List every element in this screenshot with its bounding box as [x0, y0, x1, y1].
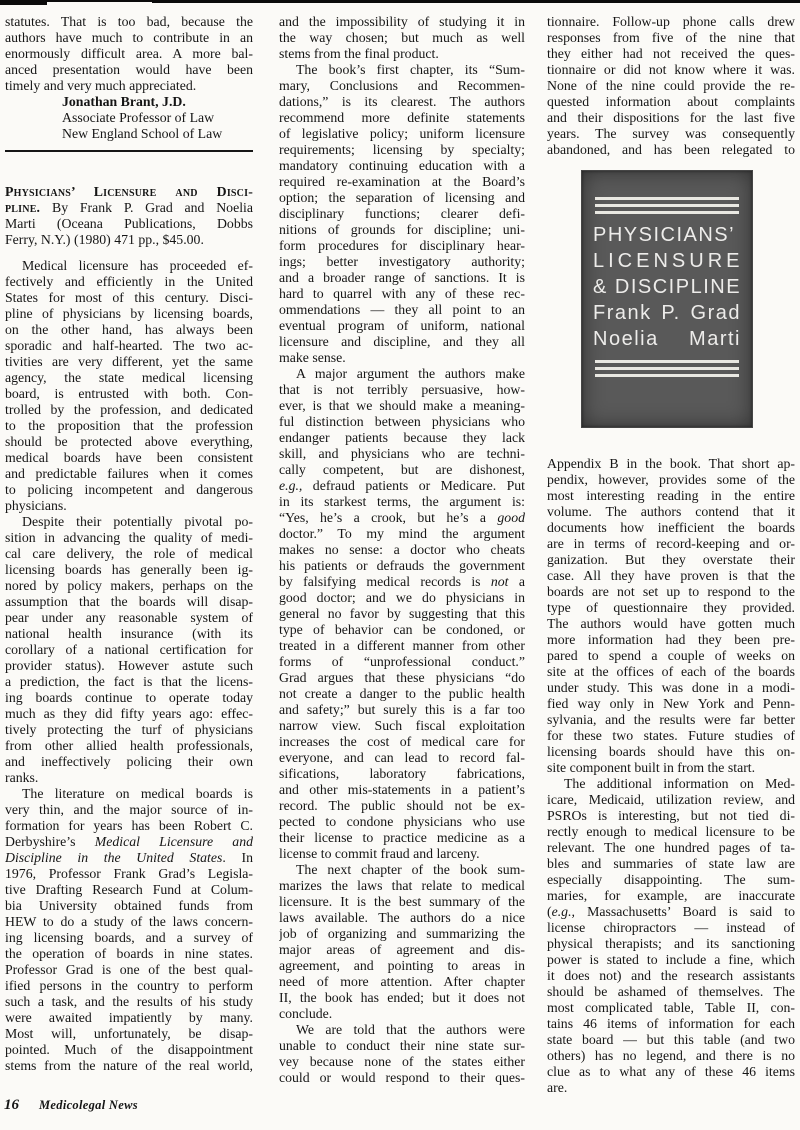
text-line: stems from the final product.: [279, 46, 525, 62]
text-line: HEW to do a study of the laws concern-: [5, 914, 253, 930]
text-line: makes no sense: a doctor who cheats: [279, 542, 525, 558]
text-line: ings; better investigatory authority;: [279, 254, 525, 270]
text-line: should be ashamed of themselves. The: [547, 984, 795, 1000]
text-line: it does not) and the research assistants: [547, 968, 795, 984]
text-line: were awaited impatiently by many.: [5, 1010, 253, 1026]
text-line: license to commit fraud and larceny.: [279, 846, 525, 862]
text-line: The authors would have gotten much: [547, 616, 795, 632]
text-line: medical boards have been consistent: [5, 450, 253, 466]
text-line: to policing incompetent and dangerous: [5, 482, 253, 498]
cover-top-rules: [593, 197, 741, 214]
text-line: that is not terribly persuasive, how-: [279, 382, 525, 398]
text-line: pendix, however, provides some of the: [547, 472, 795, 488]
text-line: their license to practice medicine as a: [279, 830, 525, 846]
text-line: timely and very much appreciated.: [5, 78, 253, 94]
text-line: and ineffectively policing their own: [5, 754, 253, 770]
text-line: documents how inefficient the boards: [547, 520, 795, 536]
text-line: disciplinary functions; clearer defi-: [279, 206, 525, 222]
text-line: Jonathan Brant, J.D.: [5, 94, 253, 110]
scan-artifact-top-bar: [0, 0, 47, 5]
text-line: and the impossibility of studying it in: [279, 14, 525, 30]
cover-title-line: LICENSURE: [593, 248, 741, 274]
text-line: tains 46 items of information for each: [547, 1016, 795, 1032]
right-column-bottom-text: Appendix B in the book. That short ap-pe…: [547, 456, 795, 1096]
text-line: requirements; licensing by specialty;: [279, 142, 525, 158]
text-line: pear under any reasonable system of: [5, 610, 253, 626]
text-line: quested information about complaints: [547, 94, 795, 110]
text-line: mary, Conclusions and Recommen-: [279, 78, 525, 94]
text-line: not create a danger to the public health: [279, 686, 525, 702]
text-line: pointed. Much of the disappointment: [5, 1042, 253, 1058]
cover-title-line: PHYSICIANS’: [593, 222, 741, 248]
paragraph: Medical licensure has proceeded ef-fecti…: [5, 258, 253, 514]
paragraph: Despite their potentially pivotal po-sit…: [5, 514, 253, 786]
text-line: e.g., defraud patients or Medicare. Put: [279, 478, 525, 494]
text-line: responses from five of the nine that: [547, 30, 795, 46]
text-line: tive Drafting Research Fund at Colum-: [5, 882, 253, 898]
text-line: licensure and discipline, and they all: [279, 334, 525, 350]
text-line: A major argument the authors make: [279, 366, 525, 382]
text-line: ommendations — they all point to an: [279, 302, 525, 318]
text-line: PSROs is interesting, but not tied di-: [547, 808, 795, 824]
middle-column: and the impossibility of studying it int…: [279, 14, 525, 1086]
text-line: option; the separation of licensing and: [279, 190, 525, 206]
scan-artifact-top-bar: [47, 0, 152, 2]
text-line: could or would respond to their ques-: [279, 1070, 525, 1086]
text-line: Marti (Oceana Publications, Dobbs: [5, 216, 253, 232]
text-line: by falsifying medical records is not a: [279, 574, 525, 590]
text-line: to the proposition that the profession: [5, 418, 253, 434]
paragraph-continuation: statutes. That is too bad, because theau…: [5, 14, 253, 94]
text-line: agreement, and pointing to areas in: [279, 958, 525, 974]
text-line: ful distinction between physicians who: [279, 414, 525, 430]
text-line: corollary of a national certification fo…: [5, 642, 253, 658]
text-line: recommend more definite statements: [279, 110, 525, 126]
cover-bottom-rules: [593, 360, 741, 377]
text-line: treated in a different manner from other: [279, 638, 525, 654]
text-line: ing licensing boards, and a survey of: [5, 930, 253, 946]
text-line: tively protecting the turf of physicians: [5, 722, 253, 738]
text-line: record. The public should not be ex-: [279, 798, 525, 814]
cover-rule-line: [595, 360, 739, 363]
text-line: statutes. That is too bad, because the: [5, 14, 253, 30]
paragraph: The book’s first chapter, its “Sum-mary,…: [279, 62, 525, 366]
book-review-heading: Physicians’ Licensure and Disci-pline. B…: [5, 184, 253, 248]
cover-rule-line: [595, 374, 739, 377]
text-line: doctor.” To my mind the argument: [279, 526, 525, 542]
text-line: Discipline in the United States. In: [5, 850, 253, 866]
text-line: tionnaire. Follow-up phone calls drew: [547, 14, 795, 30]
text-line: the way chosen; but much as well: [279, 30, 525, 46]
text-line: Ferry, N.Y.) (1980) 471 pp., $45.00.: [5, 232, 253, 248]
page-number: 16: [4, 1097, 19, 1114]
text-line: are in terms of record-keeping and or-: [547, 536, 795, 552]
text-line: Despite their potentially pivotal po-: [5, 514, 253, 530]
text-line: II, the book has ended; but it does not: [279, 990, 525, 1006]
text-line: assumption that the boards will disap-: [5, 594, 253, 610]
text-line: major areas of agreement and dis-: [279, 942, 525, 958]
text-line: 1976, Professor Frank Grad’s Legisla-: [5, 866, 253, 882]
text-line: licensing boards should have this on-: [547, 744, 795, 760]
cover-title-block: PHYSICIANS’ LICENSURE & DISCIPLINE Frank…: [593, 222, 741, 352]
text-line: from other allied health professionals,: [5, 738, 253, 754]
text-line: bia University obtained funds from: [5, 898, 253, 914]
text-line: most interesting reading in the entire: [547, 488, 795, 504]
text-line: The next chapter of the book sum-: [279, 862, 525, 878]
text-line: Professor Grad is one of the best qual-: [5, 962, 253, 978]
text-line: unable to conduct their nine state sur-: [279, 1038, 525, 1054]
text-line: anced presentation would have been: [5, 62, 253, 78]
paragraph: The literature on medical boards isvery …: [5, 786, 253, 1074]
text-line: are.: [547, 1080, 795, 1096]
text-line: volume. The authors contend that it: [547, 504, 795, 520]
paragraph: We are told that the authors wereunable …: [279, 1022, 525, 1086]
cover-rule-line: [595, 197, 739, 200]
text-line: state board — but this table (and two: [547, 1032, 795, 1048]
text-line: New England School of Law: [5, 126, 253, 142]
text-line: sition in advancing the quality of medi-: [5, 530, 253, 546]
paragraph-continuation: and the impossibility of studying it int…: [279, 14, 525, 62]
cover-title-line: & DISCIPLINE: [593, 274, 741, 300]
text-line: and a broader range of sanctions. It is: [279, 270, 525, 286]
text-line: icare, Medicaid, utilization review, and: [547, 792, 795, 808]
text-line: pected to condone physicians who use: [279, 814, 525, 830]
paragraph: A major argument the authors makethat is…: [279, 366, 525, 862]
text-line: under study. This was done in a modi-: [547, 680, 795, 696]
text-line: licensure. It is the best summary of the: [279, 894, 525, 910]
text-line: form procedures for disciplinary hear-: [279, 238, 525, 254]
text-line: cally competent, but are dishonest,: [279, 462, 525, 478]
text-line: they either had not received the ques-: [547, 46, 795, 62]
text-line: ing boards continue to operate today: [5, 690, 253, 706]
text-line: fectively and efficiently in the United: [5, 274, 253, 290]
text-line: conclude.: [279, 1006, 525, 1022]
text-line: dations,” is its clearest. The authors: [279, 94, 525, 110]
text-line: others) has no legend, and there is no: [547, 1048, 795, 1064]
text-line: his patients or defrauds the government: [279, 558, 525, 574]
text-line: physicians.: [5, 498, 253, 514]
scan-artifact-top-bar: [152, 0, 800, 3]
text-line: sifications, laboratory fabrications,: [279, 766, 525, 782]
text-line: marizes the laws that relate to medical: [279, 878, 525, 894]
text-line: Grad argues that these physicians “do: [279, 670, 525, 686]
text-line: eventual program of uniform, national: [279, 318, 525, 334]
text-line: ganization. But they overstate their: [547, 552, 795, 568]
text-line: tivities are very different, yet the sam…: [5, 354, 253, 370]
text-line: authors have much to contribute in an: [5, 30, 253, 46]
text-line: None of the nine could provide the re-: [547, 78, 795, 94]
text-line: enormously difficult area. A more bal-: [5, 46, 253, 62]
text-line: boards are not set up to respond to the: [547, 584, 795, 600]
text-line: the operation of boards in nine states.: [5, 946, 253, 962]
text-line: endanger patients because they lack: [279, 430, 525, 446]
text-line: We are told that the authors were: [279, 1022, 525, 1038]
text-line: and predictable failures when it comes: [5, 466, 253, 482]
text-line: States for most of this century. Disci-: [5, 290, 253, 306]
text-line: sporadic and half-hearted. The two ac-: [5, 338, 253, 354]
text-line: most complicated table, Table II, con-: [547, 1000, 795, 1016]
text-line: job of organizing and summarizing the: [279, 926, 525, 942]
text-line: more information had they been pre-: [547, 632, 795, 648]
book-cover-image: PHYSICIANS’ LICENSURE & DISCIPLINE Frank…: [581, 170, 753, 428]
text-line: licensing boards has generally been ig-: [5, 562, 253, 578]
text-line: pared to spend a couple of weeks on: [547, 648, 795, 664]
section-divider-rule: [5, 150, 253, 152]
text-line: nitions of grounds for discipline; uni-: [279, 222, 525, 238]
text-line: vey because none of the states either: [279, 1054, 525, 1070]
text-line: nored by policy makers, perhaps on the: [5, 578, 253, 594]
text-line: should be protected above everything,: [5, 434, 253, 450]
text-line: of legislative policy; uniform licensure: [279, 126, 525, 142]
text-line: ever, is that we should make a meaning-: [279, 398, 525, 414]
text-line: The book’s first chapter, its “Sum-: [279, 62, 525, 78]
text-line: especially disappointing. The sum-: [547, 872, 795, 888]
text-line: Physicians’ Licensure and Disci-: [5, 184, 253, 200]
text-line: site component built in from the start.: [547, 760, 795, 776]
text-line: Most will, unfortunately, be disap-: [5, 1026, 253, 1042]
text-line: everyone, and can lead to record fal-: [279, 750, 525, 766]
reviewer-signature: Jonathan Brant, J.D.Associate Professor …: [5, 94, 253, 142]
text-line: sylvania, and the results were far bette…: [547, 712, 795, 728]
text-line: on the other hand, has always been: [5, 322, 253, 338]
text-line: type of questionnaire they provided.: [547, 600, 795, 616]
text-line: and safety;” but surely this is a far to…: [279, 702, 525, 718]
text-line: bles and summaries of state law are: [547, 856, 795, 872]
text-line: maries, for example, are inaccurate: [547, 888, 795, 904]
text-line: “Yes, he’s a crook, but he’s a good: [279, 510, 525, 526]
text-line: forms of “unprofessional conduct.”: [279, 654, 525, 670]
three-column-text-area: statutes. That is too bad, because theau…: [5, 14, 795, 1096]
text-line: national health insurance (with its: [5, 626, 253, 642]
text-line: cal care delivery, the role of medical: [5, 546, 253, 562]
text-line: pline. By Frank P. Grad and Noelia: [5, 200, 253, 216]
text-line: power is stated to include a fine, which: [547, 952, 795, 968]
text-line: laws available. The authors do a nice: [279, 910, 525, 926]
text-line: Medical licensure has proceeded ef-: [5, 258, 253, 274]
text-line: make sense.: [279, 350, 525, 366]
text-line: much as they did fifty years ago: effec-: [5, 706, 253, 722]
text-line: required re-examination at the Board’s: [279, 174, 525, 190]
text-line: need of more attention. After chapter: [279, 974, 525, 990]
text-line: mandatory continuing education with a: [279, 158, 525, 174]
text-line: narrow view. Such fiscal exploitation: [279, 718, 525, 734]
text-line: site at the offices of each of the board…: [547, 664, 795, 680]
text-line: ified persons in the country to perform: [5, 978, 253, 994]
paragraph-continuation: tionnaire. Follow-up phone calls drewres…: [547, 14, 795, 158]
text-line: (e.g., Massachusetts’ Board is said to: [547, 904, 795, 920]
text-line: for these two states. Future studies of: [547, 728, 795, 744]
text-line: tionnaire or did not know where it was.: [547, 62, 795, 78]
text-line: board, is entrusted with both. Con-: [5, 386, 253, 402]
left-column: statutes. That is too bad, because theau…: [5, 14, 253, 1074]
text-line: abandoned, and has been relegated to: [547, 142, 795, 158]
right-column-top-text: tionnaire. Follow-up phone calls drewres…: [547, 14, 795, 158]
cover-author-line: Noelia Marti: [593, 326, 741, 352]
cover-rule-line: [595, 204, 739, 207]
text-line: clue as to what any of these 46 items: [547, 1064, 795, 1080]
text-line: increases the cost of medical care for: [279, 734, 525, 750]
text-line: such a task, and the results of his stud…: [5, 994, 253, 1010]
text-line: pline of physicians by licensing boards,: [5, 306, 253, 322]
scanned-journal-page: statutes. That is too bad, because theau…: [0, 0, 800, 1130]
text-line: very thin, and the major source of in-: [5, 802, 253, 818]
text-line: a prediction, the fact is that the licen…: [5, 674, 253, 690]
text-line: ranks.: [5, 770, 253, 786]
text-line: provider status). However astute such: [5, 658, 253, 674]
text-line: formation for years has been Robert C.: [5, 818, 253, 834]
cover-rule-line: [595, 211, 739, 214]
text-line: skill, and physicians who are techni-: [279, 446, 525, 462]
text-line: Derbyshire’s Medical Licensure and: [5, 834, 253, 850]
text-line: relevant. The one hundred pages of ta-: [547, 840, 795, 856]
text-line: case. All they have proven is that the: [547, 568, 795, 584]
text-line: agency, the state medical licensing: [5, 370, 253, 386]
text-line: good doctor; and we do physicians in: [279, 590, 525, 606]
paragraph: The next chapter of the book sum-marizes…: [279, 862, 525, 1022]
cover-author-line: Frank P. Grad: [593, 300, 741, 326]
text-line: physical therapists; and its sanctioning: [547, 936, 795, 952]
text-line: trolled by the profession, and dedicated: [5, 402, 253, 418]
paragraph-continuation: Appendix B in the book. That short ap-pe…: [547, 456, 795, 776]
text-line: Appendix B in the book. That short ap-: [547, 456, 795, 472]
page-footer: 16 Medicolegal News: [4, 1097, 138, 1114]
paragraph: The additional information on Med-icare,…: [547, 776, 795, 1096]
text-line: hard to quarrel with any of these rec-: [279, 286, 525, 302]
text-line: and other mis-statements in a patient’s: [279, 782, 525, 798]
text-line: years. The survey was consequently: [547, 126, 795, 142]
text-line: fied way only in New York and Penn-: [547, 696, 795, 712]
text-line: Associate Professor of Law: [5, 110, 253, 126]
text-line: general no favor by suggesting that this: [279, 606, 525, 622]
journal-title: Medicolegal News: [39, 1098, 138, 1113]
text-line: The additional information on Med-: [547, 776, 795, 792]
text-line: type of behavior can be condoned, or: [279, 622, 525, 638]
text-line: The literature on medical boards is: [5, 786, 253, 802]
text-line: license chiropractors — instead of: [547, 920, 795, 936]
text-line: in its starkest terms, the argument is:: [279, 494, 525, 510]
text-line: stems from the nature of the real world,: [5, 1058, 253, 1074]
cover-rule-line: [595, 367, 739, 370]
text-line: rectly enough to medical licensure to be: [547, 824, 795, 840]
text-line: and their dispositions for the last five: [547, 110, 795, 126]
right-column: tionnaire. Follow-up phone calls drewres…: [547, 14, 795, 1096]
